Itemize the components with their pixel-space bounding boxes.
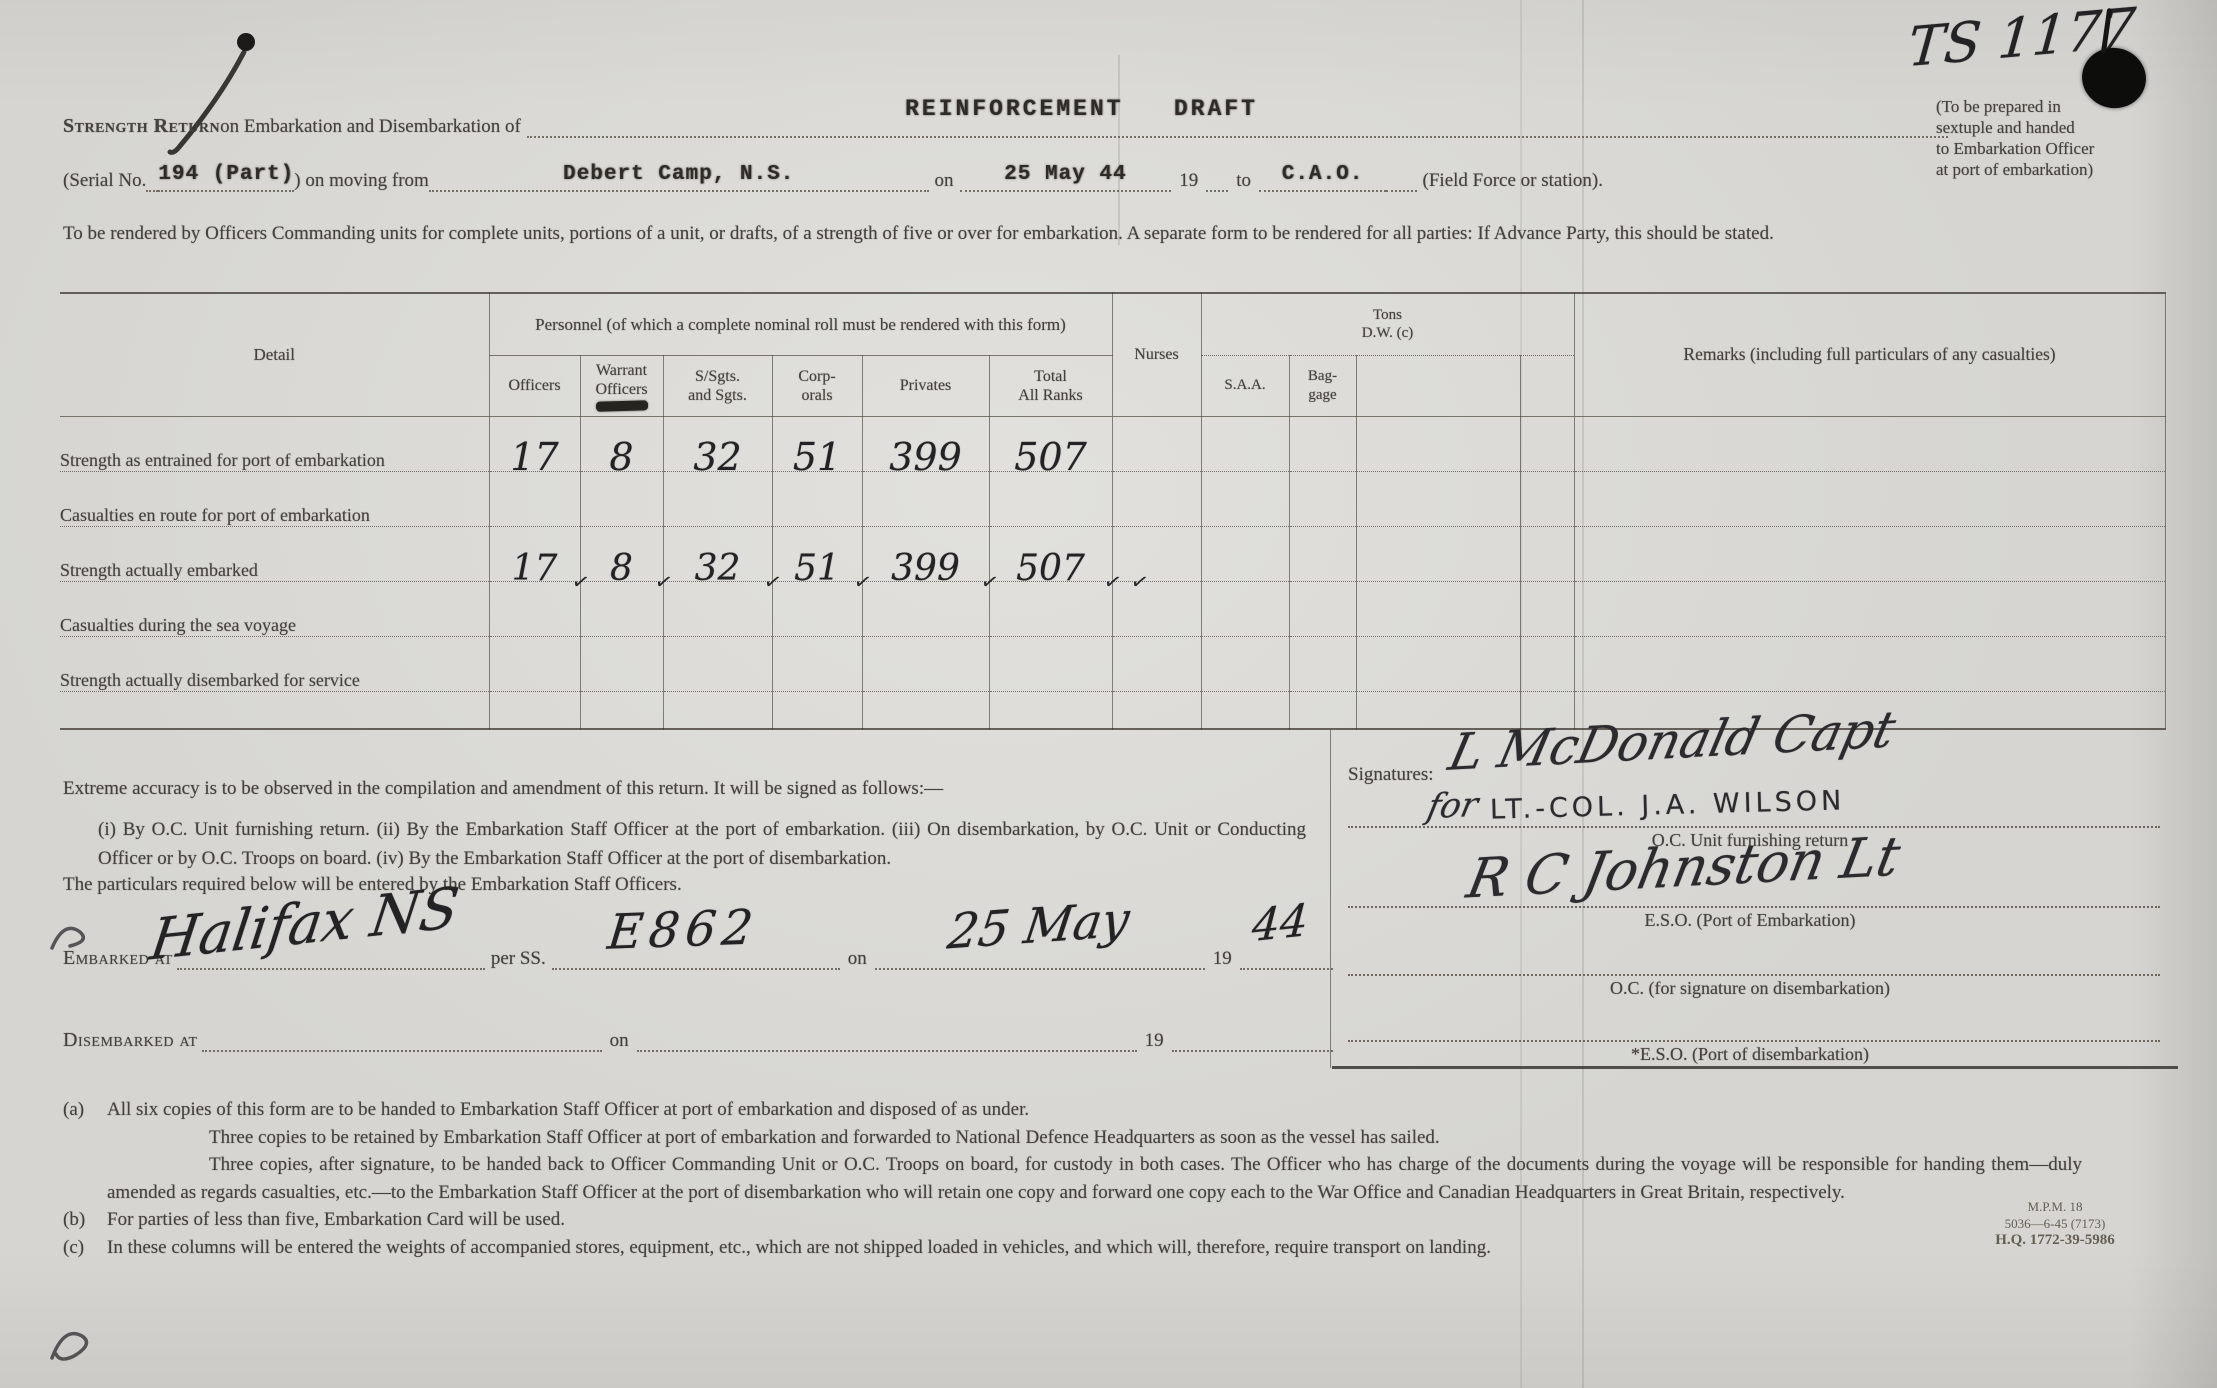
value-cell: 8✓	[580, 526, 663, 581]
signature-line	[1348, 972, 2160, 976]
strength-table: Detail Personnel (of which a complete no…	[60, 292, 2166, 730]
nurses-cell	[1112, 636, 1201, 691]
scanned-form-page: TS 1177 (To be prepared in sextuple and …	[0, 0, 2217, 1388]
scan-line-artifact	[1118, 55, 1120, 245]
tons-cell	[1356, 636, 1520, 691]
value-cell	[989, 581, 1112, 636]
embarked-year-label: 19	[1213, 948, 1232, 970]
pen-squiggle-icon	[42, 912, 102, 962]
value-cell	[772, 471, 862, 526]
value-cell	[663, 581, 772, 636]
footnote-b: (b) For parties of less than five, Embar…	[63, 1206, 2148, 1234]
privates-column-header: Privates	[862, 355, 989, 416]
value-cell	[489, 581, 580, 636]
form-title-rest: on Embarkation and Disembarkation of	[220, 116, 521, 138]
value-cell: 32	[663, 416, 772, 471]
nurses-header: Nurses	[1112, 293, 1201, 416]
value-cell: 399✓	[862, 526, 989, 581]
form-title: Strength Return	[63, 115, 220, 137]
saa-cell	[1201, 471, 1289, 526]
footnote-a-sub1: Three copies to be retained by Embarkati…	[63, 1124, 2148, 1152]
disembarked-year-label: 19	[1145, 1030, 1164, 1052]
per-ss-label: per SS.	[491, 948, 546, 970]
embarked-year-field	[1240, 964, 1333, 970]
on-label: on	[935, 170, 954, 192]
baggage-cell	[1289, 636, 1356, 691]
table-row: Strength as entrained for port of embark…	[60, 416, 2165, 471]
row-label: Strength actually disembarked for servic…	[60, 636, 489, 691]
remarks-cell	[1574, 581, 2165, 636]
table-row: Strength actually disembarked for servic…	[60, 636, 2165, 691]
embarked-ship-field	[552, 964, 840, 970]
value-cell: 51	[772, 416, 862, 471]
serial-line: (Serial No. 194 (Part) ) on moving from …	[63, 156, 1603, 192]
value-cell	[580, 471, 663, 526]
value-cell	[989, 471, 1112, 526]
spacer-column	[1520, 355, 1574, 416]
footnote-c: (c) In these columns will be entered the…	[63, 1234, 2148, 1262]
value-cell: 8	[580, 416, 663, 471]
value-cell	[663, 471, 772, 526]
remarks-cell	[1574, 636, 2165, 691]
draft-title: REINFORCEMENT DRAFT	[905, 96, 1258, 122]
spacer-cell	[1520, 581, 1574, 636]
serial-value-field: 194 (Part)	[158, 167, 294, 192]
row-label: Strength actually embarked	[60, 526, 489, 581]
to-label: to	[1236, 170, 1251, 192]
disembarked-date-field	[637, 1046, 1137, 1052]
oc-signature-name: LT.-COL. J.A. WILSON	[1490, 785, 1846, 825]
remarks-cell	[1574, 526, 2165, 581]
saa-cell	[1201, 416, 1289, 471]
value-cell	[862, 471, 989, 526]
value-cell: 507	[989, 416, 1112, 471]
signature-line	[1348, 904, 2160, 908]
tons-cell	[1356, 581, 1520, 636]
total-ranks-column-header: Total All Ranks	[989, 355, 1112, 416]
strikeout-mark	[595, 400, 647, 411]
signature-line	[1348, 1038, 2160, 1042]
embarked-on-label: on	[848, 948, 867, 970]
accuracy-note: Extreme accuracy is to be observed in th…	[63, 778, 1323, 800]
value-cell	[772, 636, 862, 691]
signatures-bottom-rule	[1332, 1066, 2178, 1069]
baggage-cell	[1289, 581, 1356, 636]
preparation-note: (To be prepared in sextuple and handed t…	[1936, 96, 2176, 180]
disembarked-on-label: on	[610, 1030, 629, 1052]
value-cell	[772, 581, 862, 636]
detail-header: Detail	[60, 293, 489, 416]
eso-disembark-caption: *E.S.O. (Port of disembarkation)	[1338, 1044, 2162, 1065]
remarks-cell	[1574, 471, 2165, 526]
particulars-note: The particulars required below will be e…	[63, 874, 1323, 896]
nurses-cell	[1112, 471, 1201, 526]
saa-cell	[1201, 581, 1289, 636]
baggage-cell	[1289, 526, 1356, 581]
form-code: M.P.M. 18	[1975, 1198, 2135, 1215]
embarked-date-field	[875, 964, 1205, 970]
spacer-cell	[1520, 636, 1574, 691]
oc-signature-for: for	[1424, 785, 1482, 827]
disembarked-year-field	[1172, 1046, 1333, 1052]
row-label: Casualties en route for port of embarkat…	[60, 471, 489, 526]
value-cell	[489, 636, 580, 691]
baggage-cell	[1289, 471, 1356, 526]
nurses-cell	[1112, 416, 1201, 471]
date-field: 25 May 44	[960, 167, 1172, 192]
intro-note: To be rendered by Officers Commanding un…	[63, 220, 1823, 248]
spacer-cell	[1520, 416, 1574, 471]
form-code: 5036—6-45 (7173)	[1975, 1215, 2135, 1232]
sgts-column-header: S/Sgts. and Sgts.	[663, 355, 772, 416]
year-label: 19	[1179, 170, 1198, 192]
footnote-a: (a) All six copies of this form are to b…	[63, 1096, 2148, 1124]
baggage-column-header: Bag- gage	[1289, 355, 1356, 416]
nurses-cell: ✓	[1112, 526, 1201, 581]
value-cell: 32✓	[663, 526, 772, 581]
value-cell: 17	[489, 416, 580, 471]
saa-cell	[1201, 526, 1289, 581]
value-cell: 17✓	[489, 526, 580, 581]
baggage-cell	[1289, 416, 1356, 471]
saa-column-header: S.A.A.	[1201, 355, 1289, 416]
tons-cell	[1356, 471, 1520, 526]
spacer-cell	[1520, 471, 1574, 526]
dotted-leader	[527, 132, 1948, 138]
warrant-officers-column-header: Warrant Officers	[580, 355, 663, 416]
officers-column-header: Officers	[489, 355, 580, 416]
remarks-header: Remarks (including full particulars of a…	[1574, 293, 2165, 416]
table-row: Casualties en route for port of embarkat…	[60, 471, 2165, 526]
table-row: Strength actually embarked 17✓ 8✓ 32✓ 51…	[60, 526, 2165, 581]
footnotes-block: (a) All six copies of this form are to b…	[63, 1096, 2148, 1261]
value-cell: 399	[862, 416, 989, 471]
unlabeled-tons-column	[1356, 355, 1520, 416]
value-cell	[580, 581, 663, 636]
corporals-column-header: Corp- orals	[772, 355, 862, 416]
signatures-heading: Signatures:	[1348, 764, 1434, 786]
footnote-a-sub2: Three copies, after signature, to be han…	[63, 1151, 2082, 1206]
value-cell	[663, 636, 772, 691]
row-label: Casualties during the sea voyage	[60, 581, 489, 636]
nurses-cell	[1112, 581, 1201, 636]
moving-from-label: ) on moving from	[294, 170, 429, 192]
form-codes: M.P.M. 18 5036—6-45 (7173) H.Q. 1772-39-…	[1975, 1198, 2135, 1249]
pen-squiggle-icon	[38, 1318, 108, 1374]
oc-disembark-caption: O.C. (for signature on disembarkation)	[1338, 978, 2162, 999]
form-code: H.Q. 1772-39-5986	[1975, 1232, 2135, 1249]
eso-caption: E.S.O. (Port of Embarkation)	[1338, 910, 2162, 931]
value-cell	[989, 636, 1112, 691]
signatures-divider	[1330, 730, 1331, 1068]
tons-header: Tons D.W. (c)	[1201, 293, 1574, 355]
to-field: C.A.O.	[1259, 167, 1386, 192]
value-cell: 51✓	[772, 526, 862, 581]
field-force-label: (Field Force or station).	[1423, 170, 1603, 192]
value-cell: 507✓	[989, 526, 1112, 581]
row-label: Strength as entrained for port of embark…	[60, 416, 489, 471]
value-cell	[580, 636, 663, 691]
moving-from-field: Debert Camp, N.S.	[429, 167, 929, 192]
value-cell	[862, 581, 989, 636]
value-cell	[862, 636, 989, 691]
tons-cell	[1356, 526, 1520, 581]
tons-cell	[1356, 416, 1520, 471]
disembarked-line: Disembarked at on 19	[63, 1016, 1333, 1052]
embarked-year-handwriting: 44	[1250, 895, 1309, 953]
remarks-cell	[1574, 416, 2165, 471]
embarked-ship-handwriting: E862	[605, 899, 761, 960]
disembarked-at-label: Disembarked at	[63, 1029, 198, 1052]
serial-label: (Serial No.	[63, 170, 146, 192]
saa-cell	[1201, 636, 1289, 691]
spacer-cell	[1520, 526, 1574, 581]
personnel-header: Personnel (of which a complete nominal r…	[489, 293, 1112, 355]
disembarked-place-field	[202, 1046, 602, 1052]
value-cell	[489, 471, 580, 526]
signing-instructions: (i) By O.C. Unit furnishing return. (ii)…	[98, 816, 1306, 873]
